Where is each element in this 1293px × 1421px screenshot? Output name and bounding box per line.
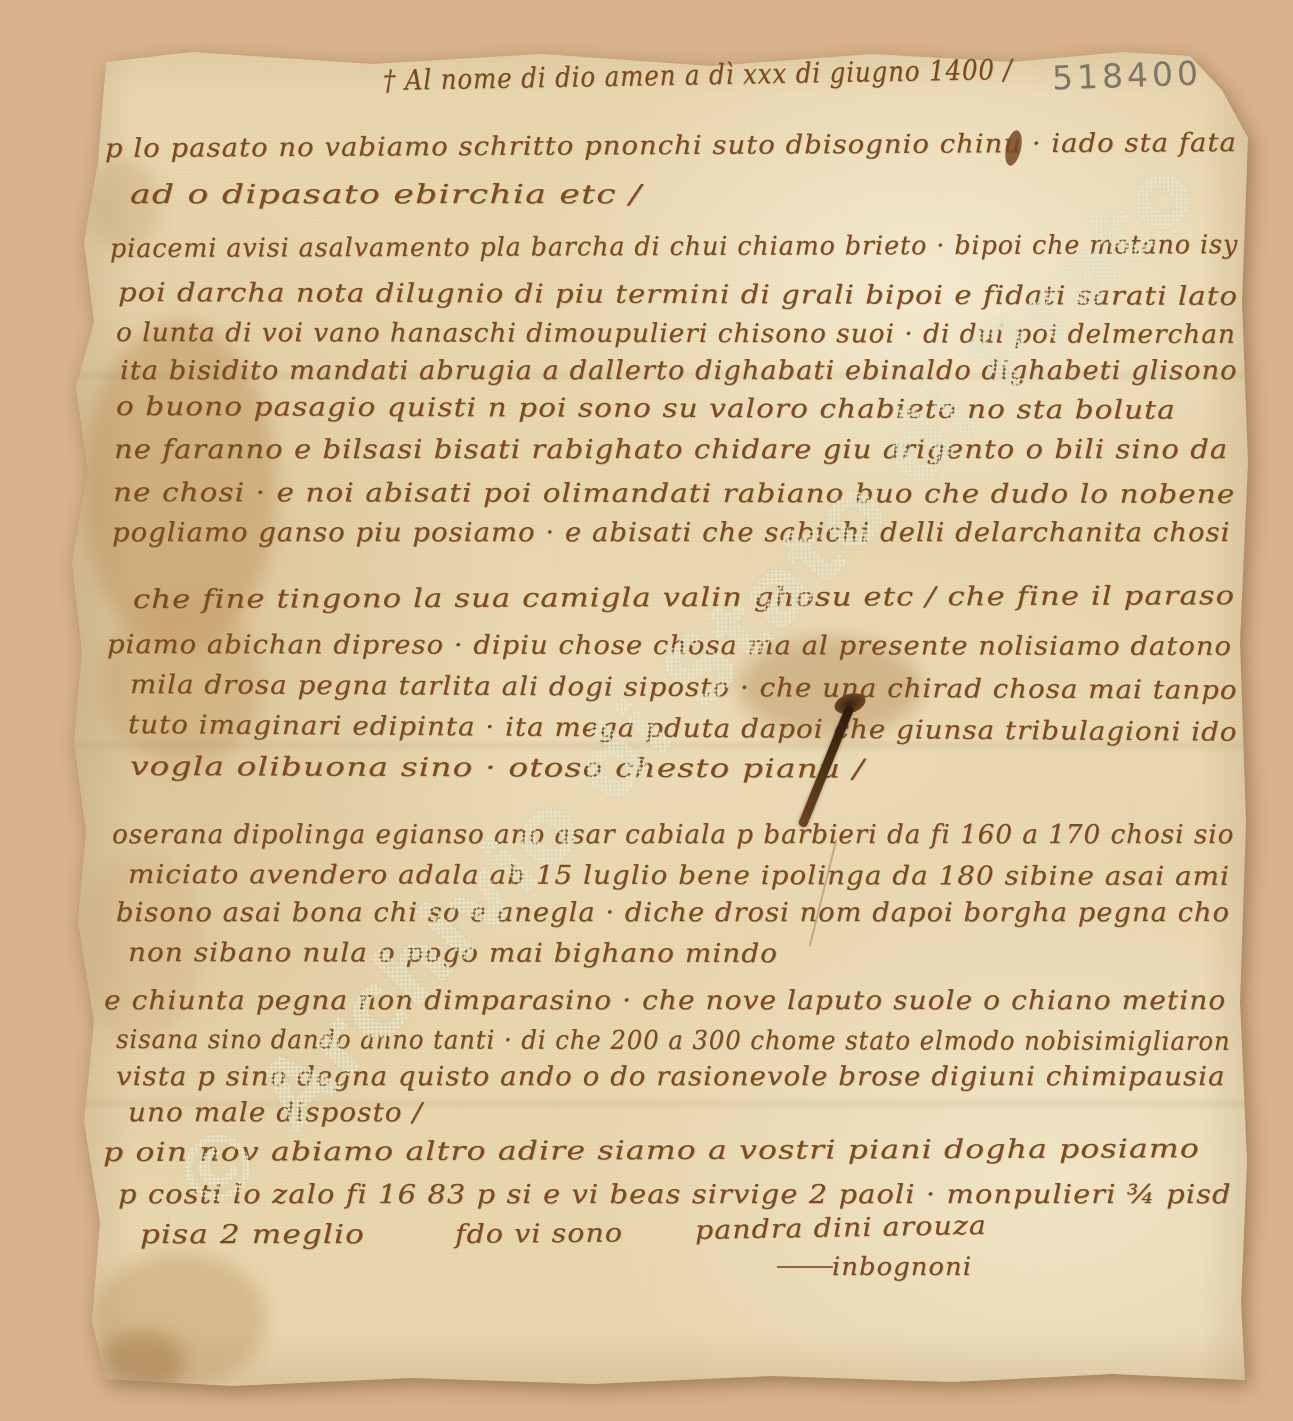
manuscript-line: piacemi avisi asalvamento pla barcha di … (110, 230, 1238, 264)
manuscript-line: vogla olibuona sino · otoso chesto pianu… (130, 752, 865, 785)
manuscript-lines: † Al nome di dio amen a dì xxx di giugno… (0, 0, 1293, 1421)
manuscript-line: pogliamo ganso piu posiamo · e abisati c… (112, 518, 1230, 548)
manuscript-line: ne chosi · e noi abisati poi olimandati … (113, 478, 1235, 510)
manuscript-line: mila drosa pegna tarlita ali dogi sipost… (130, 670, 1238, 706)
manuscript-line: ne faranno e bilsasi bisati rabighato ch… (114, 435, 1228, 465)
manuscript-line: ita bisidito mandati abrugia a dallerto … (120, 356, 1238, 386)
manuscript-line: uno male disposto / (128, 1098, 423, 1128)
manuscript-line: e chiunta pegna non dimparasino · che no… (104, 986, 1226, 1016)
manuscript-line: p oin nov abiamo altro adire siamo a vos… (103, 1134, 1200, 1168)
manuscript-line: piamo abichan dipreso · dipiu chose chos… (107, 630, 1232, 662)
manuscript-line: bisono asai bona chi so e anegla · diche… (116, 898, 1230, 928)
manuscript-line: non sibano nula o pogo mai bighano mindo (128, 938, 778, 969)
manuscript-line: vista p sino degna quisto ando o do rasi… (116, 1062, 1226, 1092)
manuscript-line: ad o dipasato ebirchia etc / (130, 180, 642, 210)
manuscript-line: o buono pasagio quisti n poi sono su val… (116, 392, 1176, 426)
manuscript-line: fdo vi sono (455, 1219, 623, 1250)
manuscript-line: o lunta di voi vano hanaschi dimoupulier… (116, 318, 1236, 350)
manuscript-line: poi darcha nota dilugnio di piu termini … (118, 278, 1238, 312)
manuscript-line: pandra dini arouza (695, 1211, 987, 1246)
manuscript-line: sisana sino dando anno tanti · di che 20… (116, 1025, 1231, 1057)
manuscript-line: inbognoni (832, 1252, 972, 1281)
manuscript-line: p costi lo zalo fi 16 83 p si e vi beas … (118, 1180, 1232, 1210)
scan-background: † Al nome di dio amen a dì xxx di giugno… (0, 0, 1293, 1421)
manuscript-line: oserana dipolinga egianso ano asar cabia… (112, 820, 1234, 850)
manuscript-line: tuto imaginari edipinta · ita mega pduta… (128, 710, 1238, 748)
manuscript-line: che fine tingono la sua camigla valin gh… (133, 581, 1235, 615)
manuscript-line: p lo pasato no vabiamo schritto pnonchi … (105, 128, 1237, 164)
manuscript-line: † Al nome di dio amen a dì xxx di giugno… (383, 53, 1013, 97)
manuscript-line: pisa 2 meglio (140, 1220, 365, 1250)
manuscript-line: miciato avendero adala ab 15 luglio bene… (128, 860, 1230, 892)
signature-underline (777, 1266, 833, 1268)
